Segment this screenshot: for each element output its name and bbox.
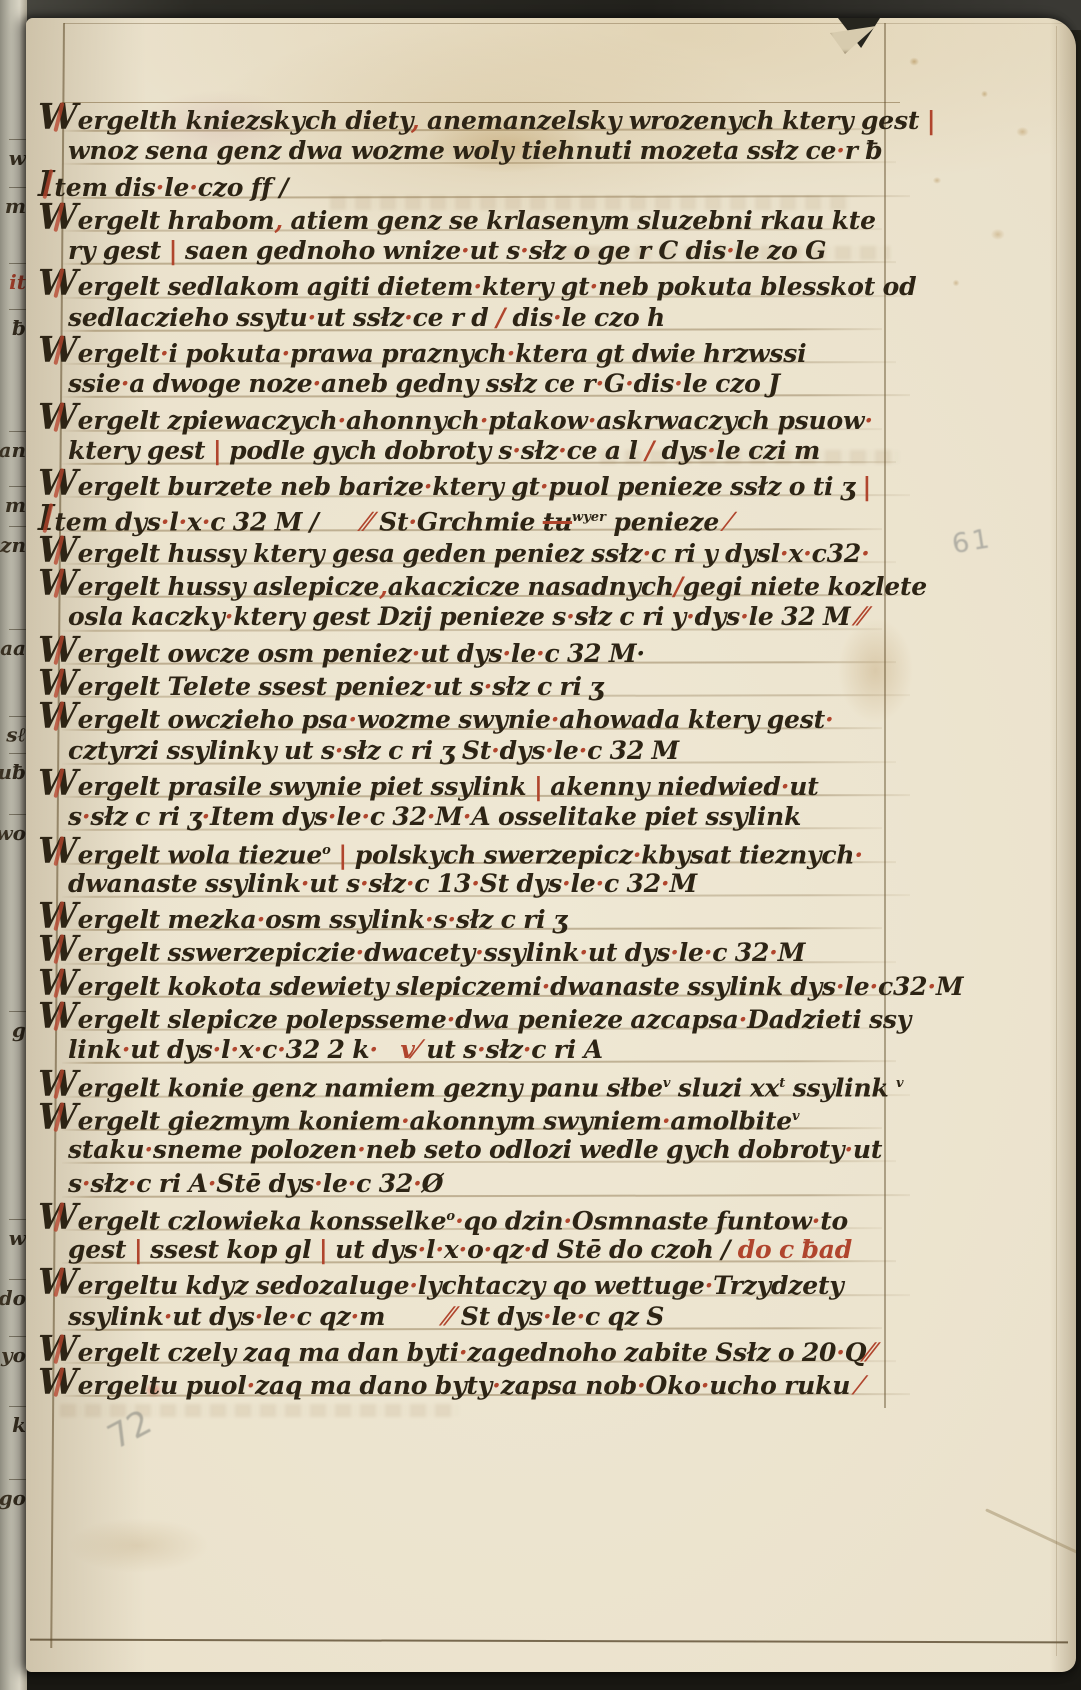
text-segment: · <box>707 436 716 465</box>
text-segment: Item dys <box>210 802 328 831</box>
manuscript-line: Item dys·l·x·c 32 M / ⁄⁄ St·Grchmie tuwy… <box>38 501 938 534</box>
text-segment: · <box>350 1302 359 1331</box>
text-segment: i pokuta <box>169 339 282 368</box>
text-segment: osla kaczky <box>68 602 225 631</box>
manuscript-photo: wmitƀanmznaasℓuƀwogwdoyokgo Wergelth kni… <box>0 0 1081 1690</box>
text-segment: do c ƀad <box>730 1235 852 1264</box>
text-segment: c ri A <box>136 1169 208 1198</box>
text-segment: ⁄⁄ <box>866 1338 874 1367</box>
facing-page-rule-fragment <box>9 263 27 264</box>
text-segment: | <box>331 840 355 869</box>
text-segment: osm ssylink <box>265 905 425 934</box>
text-segment: akonnym swyniem <box>409 1106 661 1135</box>
manuscript-line: Wergelth kniezskych diety, anemanzelsky … <box>38 101 938 134</box>
text-segment: · <box>459 1235 468 1264</box>
text-segment: ergelt wola tiezue <box>78 840 322 869</box>
text-segment: · <box>156 173 165 202</box>
text-segment: · <box>492 1371 501 1400</box>
facing-page-rule-fragment <box>9 1406 27 1407</box>
text-segment: o <box>322 843 331 858</box>
manuscript-line: Wergeltu puol·zaq ma dano byty·zapsa nob… <box>38 1366 938 1399</box>
text-segment: | <box>205 436 229 465</box>
text-segment: · <box>869 972 878 1001</box>
text-segment: · <box>836 1338 845 1367</box>
entry-initial: W <box>38 563 78 604</box>
entry-initial: W <box>38 1097 78 1138</box>
manuscript-line: Item dis·le·czo ff / <box>38 168 938 201</box>
text-segment: ergelt czlowieka konsselke <box>78 1206 447 1235</box>
text-segment: · <box>484 672 493 701</box>
text-segment: · <box>473 272 482 301</box>
text-segment: ergeltu puol <box>78 1371 247 1400</box>
text-block: Wergelth kniezskych diety, anemanzelsky … <box>38 101 938 1400</box>
text-segment: · <box>282 339 291 368</box>
text-segment: | <box>526 772 542 801</box>
text-segment: słz c ri ʒ St <box>343 736 491 765</box>
text-segment: le <box>511 639 536 668</box>
entry-initial: W <box>38 197 78 238</box>
text-segment: · <box>314 1169 323 1198</box>
text-segment: ergelt owcze osm peniez <box>78 639 412 668</box>
text-segment: · <box>225 602 234 631</box>
manuscript-line: dwanaste ssylink·ut s·słz·c 13·St dys·le… <box>38 867 938 900</box>
text-segment: ergelt czely zaq ma dan byti <box>78 1338 459 1367</box>
text-segment: M <box>936 972 963 1001</box>
text-segment: akaczicze nasadnych <box>388 572 674 601</box>
text-segment: · <box>404 303 413 332</box>
text-segment: · <box>179 507 188 536</box>
text-segment: ahonnych <box>346 406 480 435</box>
text-segment: neb pokuta blesskot od <box>598 272 916 301</box>
text-segment: · <box>844 1135 853 1164</box>
text-segment: czo ff / <box>198 173 289 202</box>
page-edge-line <box>1056 26 1057 1656</box>
text-segment: staku <box>68 1135 144 1164</box>
text-segment: wnoz sena genz dwa wozme woly tiehnuti m… <box>68 136 836 165</box>
text-segment: ce a l <box>567 436 638 465</box>
text-segment: · <box>625 369 634 398</box>
text-segment: ergelt hussy ktery gesa geden peniez ssł… <box>78 539 643 568</box>
text-segment: kbysat tieznych <box>641 840 854 869</box>
facing-page-rule-fragment <box>9 753 27 754</box>
manuscript-line: Wergelt sedlakom agiti dietem·ktery gt·n… <box>38 267 938 300</box>
text-segment: dys <box>662 436 707 465</box>
text-segment: słz c ri ʒ <box>492 672 603 701</box>
text-segment: Oko <box>646 1371 701 1400</box>
manuscript-line: s·słz·c ri A·Stē dys·le·c 32·Ø <box>38 1167 938 1200</box>
facing-page-edge: wmitƀanmznaasℓuƀwogwdoyokgo <box>0 0 27 1690</box>
text-segment: · <box>435 1235 444 1264</box>
text-segment: · <box>348 705 357 734</box>
text-segment: · <box>255 1302 264 1331</box>
text-segment: ⁄⁄ <box>364 507 379 536</box>
text-segment: prawa praznych <box>290 339 507 368</box>
text-segment: qo dzin <box>464 1206 564 1235</box>
text-segment: · <box>769 938 778 967</box>
text-segment: , <box>274 206 283 235</box>
facing-page-letter-fragment: an <box>0 438 26 462</box>
text-segment: ergelt konie genz namiem gezny panu słbe <box>78 1073 663 1102</box>
text-segment: v⁄ <box>400 1035 418 1064</box>
text-segment: amolbite <box>670 1106 792 1135</box>
text-segment: · <box>424 672 433 701</box>
facing-page-rule-fragment <box>9 814 27 815</box>
text-segment: le 32 M <box>749 602 851 631</box>
manuscript-line: Wergelt kokota sdewiety slepiczemi·dwana… <box>38 967 938 1000</box>
text-segment: Dadzieti ssy <box>747 1005 911 1034</box>
text-segment: · <box>189 173 198 202</box>
text-segment: gegi niete kozlete <box>683 572 927 601</box>
manuscript-line: Wergelt hussy aslepicze,akaczicze nasadn… <box>38 567 938 600</box>
text-segment: ut dys <box>588 938 670 967</box>
text-segment: ergelt mezka <box>78 905 257 934</box>
text-segment: link <box>68 1035 122 1064</box>
manuscript-line: Wergelt sswerzepiczie·dwacety·ssylink·ut… <box>38 933 938 966</box>
text-segment: ut ssłz <box>316 303 404 332</box>
text-segment: · <box>637 1371 646 1400</box>
facing-page-rule-fragment <box>9 1011 27 1012</box>
text-segment: anemanzelsky wrozenych ktery gest <box>419 106 919 135</box>
text-segment: s <box>68 802 82 831</box>
text-segment: · <box>208 1169 217 1198</box>
facing-page-rule-fragment <box>9 716 27 717</box>
text-segment: · <box>566 602 575 631</box>
text-segment: s <box>68 1169 82 1198</box>
text-segment: · <box>408 507 417 536</box>
text-segment: · <box>523 1035 532 1064</box>
text-segment: ut <box>789 772 818 801</box>
text-segment: · <box>553 303 562 332</box>
text-segment: ut dys <box>420 639 502 668</box>
text-segment: ergelt hrabom <box>78 206 275 235</box>
facing-page-letter-fragment: do <box>0 1286 26 1310</box>
text-segment: ut s <box>309 869 360 898</box>
entry-initial: W <box>38 696 78 737</box>
text-segment: ssest kop gl <box>150 1235 311 1264</box>
text-segment: · <box>144 1135 153 1164</box>
text-segment: ssylink <box>484 938 580 967</box>
text-segment: · <box>491 736 500 765</box>
text-segment: · <box>563 1206 572 1235</box>
text-segment: ergelt slepicze polepsseme <box>78 1005 447 1034</box>
facing-page-rule-fragment <box>9 431 27 432</box>
text-segment: | <box>855 472 871 501</box>
text-segment: / <box>638 436 662 465</box>
text-segment: A osselitake piet ssylink <box>471 802 801 831</box>
text-segment: · <box>701 1371 710 1400</box>
text-segment: · <box>254 1035 263 1064</box>
text-segment: · <box>121 369 130 398</box>
text-segment: dis <box>634 369 674 398</box>
text-segment: ptakow <box>488 406 588 435</box>
text-segment: c 32 <box>604 869 661 898</box>
text-segment: x <box>239 1035 254 1064</box>
entry-initial: W <box>38 97 78 138</box>
manuscript-line: Wergelt zpiewaczych·ahonnych·ptakow·askr… <box>38 401 938 434</box>
text-segment: ktery gest Dzij penieze s <box>233 602 566 631</box>
entry-initial: W <box>38 330 78 371</box>
text-segment: · <box>356 938 365 967</box>
text-segment: le czi m <box>716 436 821 465</box>
text-segment: St <box>379 507 408 536</box>
text-segment: · <box>128 1169 137 1198</box>
text-segment: słz o ge r C dis <box>529 236 726 265</box>
manuscript-line: ssylink·ut dys·le·c qz·m ⁄⁄ St dys·le·c … <box>38 1300 938 1333</box>
facing-page-letter-fragment: yo <box>1 1343 26 1367</box>
text-segment: · <box>520 236 529 265</box>
text-segment: zapsa nob <box>501 1371 637 1400</box>
text-segment: słz <box>369 869 406 898</box>
text-segment: wyer <box>572 510 606 525</box>
text-segment: · <box>642 539 651 568</box>
text-segment: le <box>554 736 579 765</box>
text-segment: askrwaczych psuow <box>596 406 864 435</box>
entry-initial: W <box>38 763 78 804</box>
text-segment: l <box>221 1035 230 1064</box>
text-segment: · <box>812 1206 821 1235</box>
text-segment: St dys <box>461 1302 543 1331</box>
text-segment: · <box>369 1035 378 1064</box>
text-segment: · <box>417 1235 426 1264</box>
facing-page-rule-fragment <box>9 486 27 487</box>
manuscript-line: Wergelt·i pokuta·prawa praznych·ktera gt… <box>38 334 938 367</box>
text-segment: le <box>844 972 869 1001</box>
text-segment: · <box>836 136 845 165</box>
text-segment: ergelt burzete neb barize <box>78 472 424 501</box>
entry-initial: W <box>38 397 78 438</box>
text-segment: · <box>704 938 713 967</box>
text-segment: dys <box>500 736 545 765</box>
text-segment: · <box>413 1169 422 1198</box>
text-segment: c ri A <box>531 1035 603 1064</box>
text-segment: sluzi xx <box>670 1073 779 1102</box>
text-segment: le czo J <box>683 369 780 398</box>
facing-page-letter-fragment: uƀ <box>0 760 26 784</box>
text-segment: x <box>187 507 202 536</box>
text-segment: ut dys <box>335 1235 417 1264</box>
text-segment: · <box>484 1235 493 1264</box>
text-segment: lychtaczy qo wettuge <box>418 1271 705 1300</box>
text-segment: M <box>669 869 696 898</box>
text-segment: ergeltu kdyz sedozaluge <box>78 1271 410 1300</box>
text-segment: · <box>674 369 683 398</box>
text-segment: dwacety <box>364 938 475 967</box>
text-segment: St dys <box>480 869 562 898</box>
text-segment: le <box>336 802 361 831</box>
text-segment: Grchmie <box>417 507 543 536</box>
text-segment: ktery gt <box>482 272 590 301</box>
entry-initial: W <box>38 996 78 1037</box>
text-segment: · <box>337 406 346 435</box>
text-segment: · <box>864 406 873 435</box>
text-segment: Trzydzety <box>713 1271 844 1300</box>
text-segment: · <box>348 1169 357 1198</box>
text-segment: cztyrzi ssylinky ut s <box>68 736 335 765</box>
text-segment: podle gych dobroty s <box>229 436 512 465</box>
manuscript-line: Wergelt owcze osm peniez·ut dys·le·c 32 … <box>38 634 938 667</box>
text-segment: akenny niedwied <box>543 772 781 801</box>
text-segment: ut s <box>433 672 484 701</box>
text-segment: ergelth kniezskych diety <box>78 106 411 135</box>
manuscript-line: Wergelt Telete ssest peniez·ut s·słz c r… <box>38 667 938 700</box>
manuscript-line: s·słz c ri ʒ·Item dys·le·c 32·M·A osseli… <box>38 800 938 833</box>
text-segment: dwanaste ssylink <box>68 869 301 898</box>
text-segment: słz c ri ʒ <box>90 802 201 831</box>
text-segment: atiem genz se krlasenym sluzebni rkau kt… <box>283 206 876 235</box>
manuscript-line: Wergelt mezka·osm ssylink·s·słz c ri ʒ <box>38 900 938 933</box>
text-segment: · <box>633 840 642 869</box>
facing-page-rule-fragment <box>9 526 27 527</box>
text-segment: v <box>896 1076 904 1091</box>
manuscript-page: Wergelth kniezskych diety, anemanzelsky … <box>26 18 1076 1672</box>
text-segment: · <box>361 802 370 831</box>
text-segment: słz <box>90 1169 127 1198</box>
text-segment: · <box>861 539 870 568</box>
facing-page-rule-fragment <box>9 1219 27 1220</box>
text-segment: c 32 M· <box>544 639 644 668</box>
text-segment: le <box>323 1169 348 1198</box>
text-segment: · <box>589 272 598 301</box>
text-segment: s <box>433 905 447 934</box>
text-segment: M <box>435 802 462 831</box>
text-segment: wozme swynie <box>357 705 551 734</box>
facing-page-rule-fragment <box>9 309 27 310</box>
text-segment: · <box>740 602 749 631</box>
text-segment: c qz <box>297 1302 351 1331</box>
ruled-line-top <box>64 23 1064 24</box>
text-segment: · <box>424 472 433 501</box>
facing-page-letter-fragment: w <box>9 1226 26 1250</box>
text-segment: ce r d <box>413 303 497 332</box>
text-segment: · <box>308 303 317 332</box>
facing-page-letter-fragment: m <box>5 194 26 218</box>
text-segment: · <box>854 840 863 869</box>
text-segment: dys <box>695 602 740 631</box>
facing-page-letter-fragment: it <box>9 270 26 294</box>
text-segment: ktery gest <box>68 436 205 465</box>
text-segment: · <box>726 236 735 265</box>
text-segment: le czo h <box>562 303 665 332</box>
manuscript-line: Wergelt giezmym koniem·akonnym swyniem·a… <box>38 1100 938 1133</box>
text-segment: ⁄ <box>719 507 730 536</box>
text-segment: · <box>595 369 604 398</box>
text-segment: ergelt zpiewaczych <box>78 406 338 435</box>
manuscript-line: osla kaczky·ktery gest Dzij penieze s·sł… <box>38 600 938 633</box>
text-segment: · <box>160 339 169 368</box>
text-segment: le <box>551 1302 576 1331</box>
text-segment: · <box>447 905 456 934</box>
text-segment: Q <box>845 1338 867 1367</box>
facing-page-letter-fragment: wo <box>0 821 26 845</box>
facing-page-rule-fragment <box>9 1336 27 1337</box>
text-segment: · <box>230 1035 239 1064</box>
text-segment: ahowada ktery gest <box>559 705 825 734</box>
manuscript-line: Wergeltu kdyz sedozaluge·lychtaczy qo we… <box>38 1266 938 1299</box>
manuscript-line: Wergelt burzete neb barize·ktery gt·puol… <box>38 467 938 500</box>
text-segment: · <box>512 436 521 465</box>
text-segment: · <box>545 736 554 765</box>
text-segment: zagednoho zabite Ssłz o 20 <box>467 1338 836 1367</box>
manuscript-line: Wergelt slepicze polepsseme·dwa penieze … <box>38 1000 938 1033</box>
text-segment: · <box>803 539 812 568</box>
text-segment: · <box>595 869 604 898</box>
manuscript-line: Wergelt prasile swynie piet ssylink | ak… <box>38 767 938 800</box>
text-segment: c 32 M / <box>210 507 363 536</box>
text-segment: x <box>788 539 803 568</box>
text-segment: · <box>523 1235 532 1264</box>
text-segment: · <box>588 406 597 435</box>
text-segment: ut <box>853 1135 882 1164</box>
text-segment: · <box>551 705 560 734</box>
text-segment: c ri y dysl <box>651 539 780 568</box>
text-segment: ut s <box>419 1035 477 1064</box>
text-segment: m <box>359 1302 445 1331</box>
text-segment: o <box>467 1235 483 1264</box>
text-segment: le <box>164 173 189 202</box>
text-segment: · <box>825 705 834 734</box>
text-segment: le <box>263 1302 288 1331</box>
text-segment: 32 2 k <box>286 1035 370 1064</box>
text-segment: · <box>161 507 170 536</box>
text-segment: · <box>927 972 936 1001</box>
text-segment: ergelt Telete ssest peniez <box>78 672 425 701</box>
text-segment: v <box>792 1109 800 1124</box>
text-segment: c qz S <box>585 1302 664 1331</box>
facing-page-rule-fragment <box>9 187 27 188</box>
manuscript-line: staku·sneme polozen·neb seto odlozi wedl… <box>38 1133 938 1166</box>
text-segment: · <box>705 1271 714 1300</box>
text-segment: l <box>426 1235 435 1264</box>
facing-page-letter-fragment: ƀ <box>12 316 26 340</box>
text-segment: · <box>670 938 679 967</box>
text-segment: · <box>502 639 511 668</box>
text-segment: d Stē do czoh / <box>532 1235 730 1264</box>
manuscript-line: cztyrzi ssylinky ut s·słz c ri ʒ St·dys·… <box>38 734 938 767</box>
text-segment: · <box>335 736 344 765</box>
facing-page-letter-fragment: m <box>5 493 26 517</box>
text-segment: ergelt owczieho psa <box>78 705 349 734</box>
text-segment: · <box>277 1035 286 1064</box>
text-segment: ut dys <box>130 1035 212 1064</box>
text-segment: | <box>126 1235 150 1264</box>
manuscript-line: link·ut dys·l·x·c·32 2 k· v⁄ ut s·słz·c … <box>38 1033 938 1066</box>
entry-initial: W <box>38 263 78 304</box>
text-segment: o <box>446 1209 455 1224</box>
text-segment: ergelt giezmym koniem <box>78 1106 401 1135</box>
facing-page-rule-fragment <box>9 1279 27 1280</box>
text-segment: ergelt hussy aslepicze <box>78 572 380 601</box>
text-segment: ktera gt dwie hrzwssi <box>515 339 806 368</box>
text-segment: saen gednoho wnize <box>185 236 461 265</box>
facing-page-letter-fragment: aa <box>0 636 26 660</box>
facing-page-rule-fragment <box>9 629 27 630</box>
text-segment: polskych swerzepicz <box>355 840 633 869</box>
text-segment: c <box>262 1035 277 1064</box>
text-segment: x <box>444 1235 459 1264</box>
manuscript-line: Wergelt hussy ktery gesa geden peniez ss… <box>38 534 938 567</box>
text-segment: c 13 <box>414 869 471 898</box>
text-segment: le <box>570 869 595 898</box>
manuscript-line: wnoz sena genz dwa wozme woly tiehnuti m… <box>38 134 938 167</box>
manuscript-line: ssie·a dwoge noze·aneb gedny ssłz ce r·G… <box>38 367 938 400</box>
text-segment: słz c ri ʒ <box>456 905 567 934</box>
text-segment: · <box>447 1005 456 1034</box>
text-segment: ergelt sedlakom agiti dietem <box>78 272 474 301</box>
text-segment: · <box>357 1135 366 1164</box>
text-segment: , <box>379 572 388 601</box>
entry-initial: W <box>38 831 78 872</box>
text-segment: | <box>161 236 185 265</box>
